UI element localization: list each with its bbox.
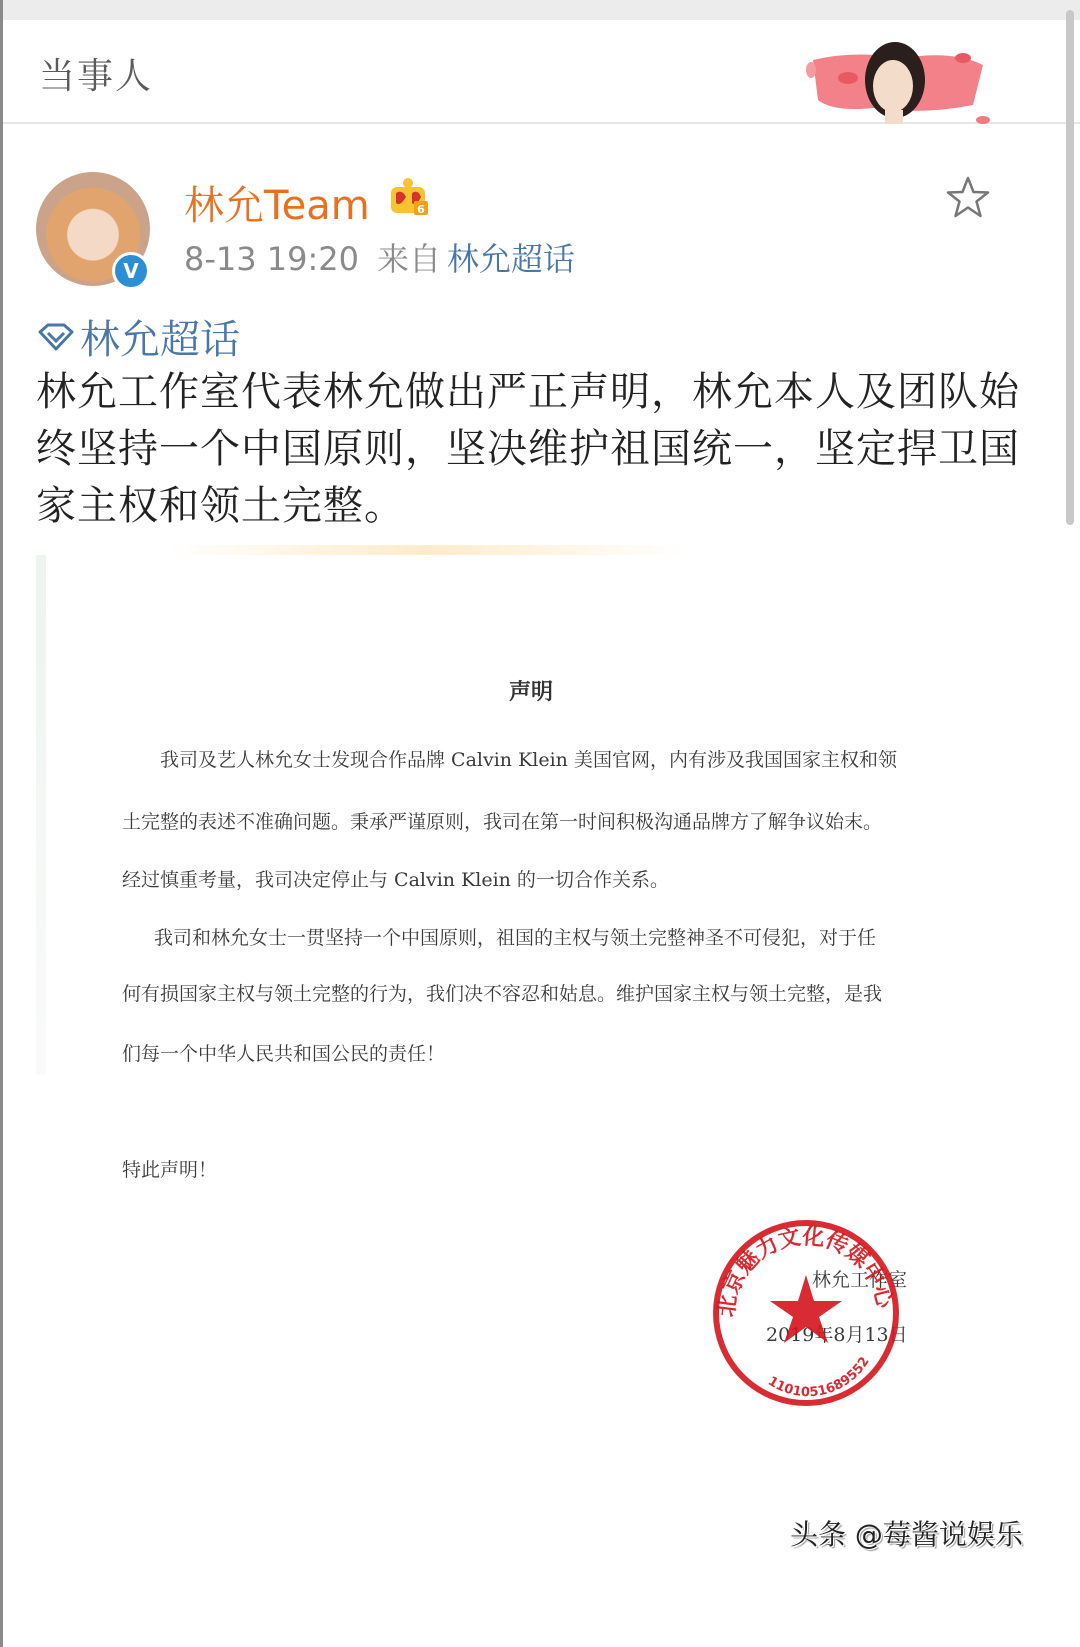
username-link[interactable]: 林允Team: [184, 174, 370, 231]
document-title: 声明: [36, 675, 1026, 706]
image-edge-shade: [36, 555, 46, 1075]
image-glare: [166, 545, 686, 555]
document-closing: 特此声明！: [122, 1155, 217, 1182]
svg-text:6: 6: [417, 203, 425, 216]
source-prefix: 来自: [377, 240, 441, 278]
official-seal-stamp: 北京魅力文化传媒中心 1101051689552: [706, 1213, 906, 1413]
document-line: 土完整的表述不准确问题。秉承严谨原则，我司在第一时间积极沟通品牌方了解争议始末。: [122, 807, 882, 834]
member-crown-icon: 6: [388, 177, 430, 217]
super-topic-link[interactable]: 林允超话: [36, 308, 240, 365]
toutiao-watermark: 头条 @莓酱说娱乐: [790, 1513, 1023, 1553]
source-link[interactable]: 林允超话: [447, 240, 575, 278]
document-line: 何有损国家主权与领土完整的行为，我们决不容忍和姑息。维护国家主权与领土完整，是我: [122, 979, 882, 1006]
scrollbar[interactable]: [1066, 10, 1074, 525]
super-topic-label: 林允超话: [80, 308, 240, 365]
post-meta: 8-13 19:20来自林允超话: [184, 234, 575, 280]
svg-text:1101051689552: 1101051689552: [765, 1354, 872, 1400]
post-body-text: 林允工作室代表林允做出严正声明，林允本人及团队始终坚持一个中国原则，坚决维护祖国…: [36, 364, 1026, 535]
document-line: 经过慎重考量，我司决定停止与 Calvin Klein 的一切合作关系。: [122, 865, 669, 892]
page-title: 当事人: [39, 48, 153, 99]
verified-badge-icon: V: [112, 252, 150, 290]
document-line: 我司和林允女士一贯坚持一个中国原则，祖国的主权与领土完整神圣不可侵犯，对于任: [154, 923, 876, 950]
post-timestamp: 8-13 19:20: [184, 240, 359, 278]
page-header: 当事人: [3, 20, 1080, 124]
header-banner-image: [793, 20, 1003, 124]
document-line: 们每一个中华人民共和国公民的责任！: [122, 1039, 445, 1066]
top-strip: [0, 0, 1080, 20]
statement-document-image[interactable]: 声明 我司及艺人林允女士发现合作品牌 Calvin Klein 美国官网，内有涉…: [36, 545, 1026, 1395]
favorite-star-icon[interactable]: [944, 174, 992, 222]
post-header: V 林允Team 6 8-13 19:20来自林允超话: [0, 124, 1060, 304]
document-line: 我司及艺人林允女士发现合作品牌 Calvin Klein 美国官网，内有涉及我国…: [160, 745, 897, 772]
diamond-topic-icon: [36, 322, 76, 352]
